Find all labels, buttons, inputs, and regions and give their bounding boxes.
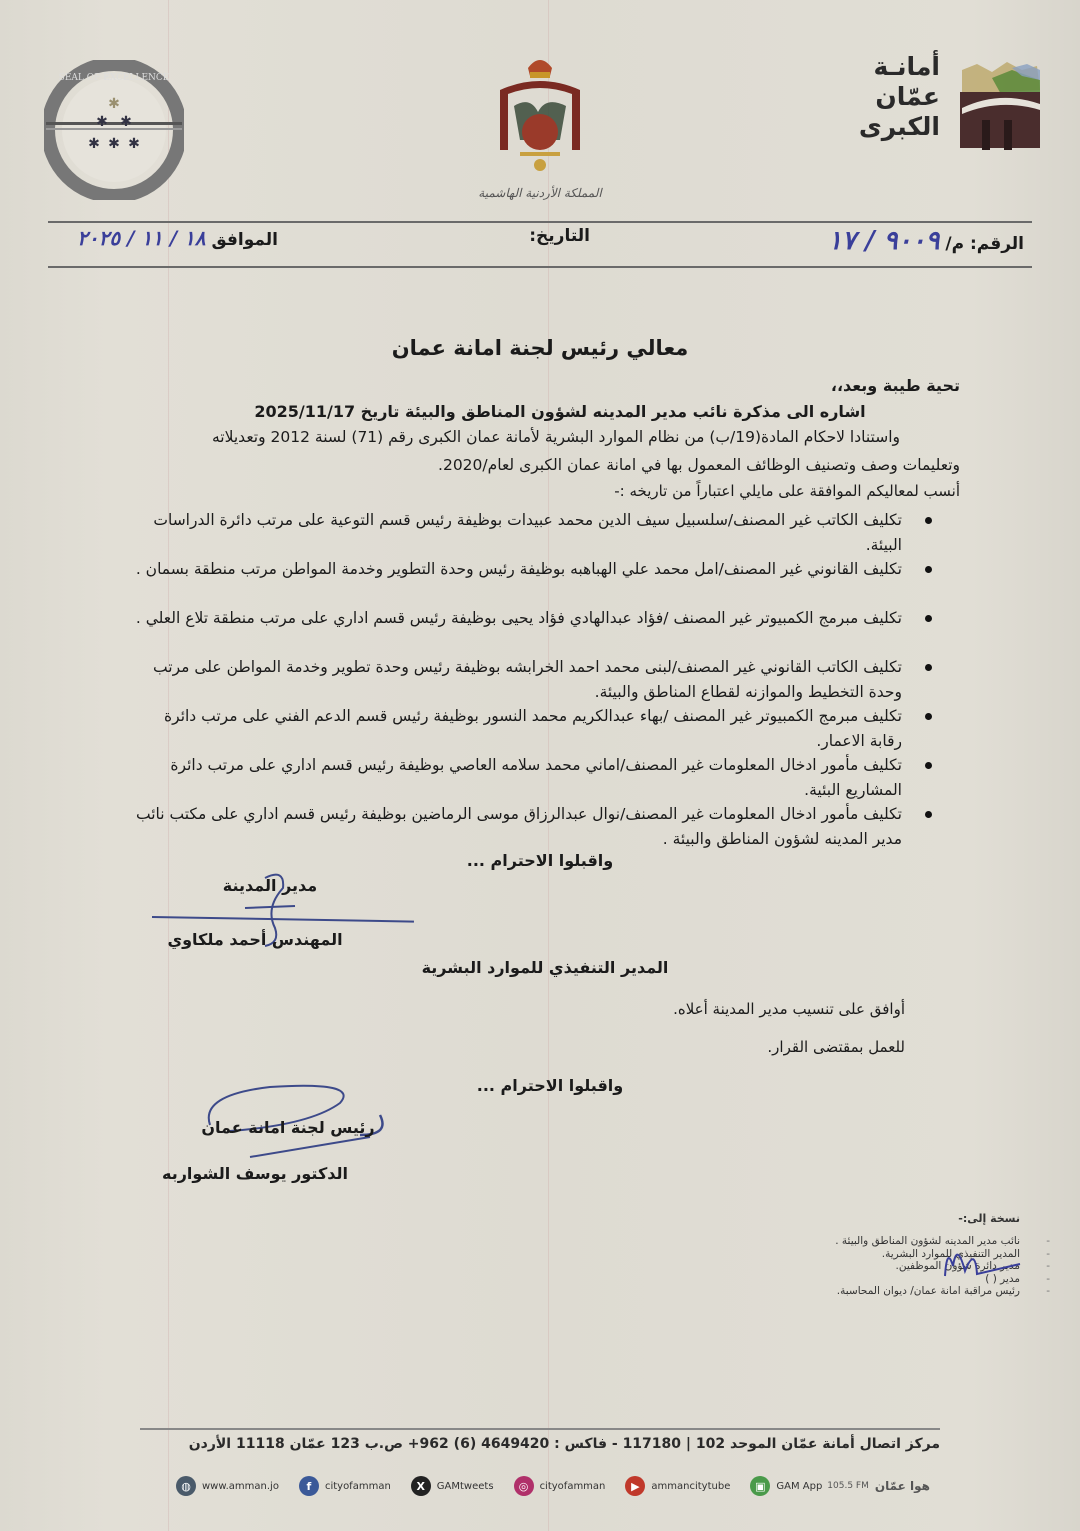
assignment-item: تكليف مأمور ادخال المعلومات غير المصنف/ا… [130, 753, 940, 802]
assignment-item: تكليف مأمور ادخال المعلومات غير المصنف/ن… [130, 802, 940, 851]
assignment-text: تكليف مأمور ادخال المعلومات غير المصنف/ا… [170, 756, 902, 799]
gam-logo-mark-icon [952, 60, 1042, 160]
approved-label: الموافق [211, 230, 278, 250]
bullet-icon [925, 517, 932, 524]
link-facebook[interactable]: f cityofamman [299, 1476, 391, 1496]
footer-rule [140, 1428, 940, 1430]
link-x[interactable]: X GAMtweets [411, 1476, 494, 1496]
assignment-item: تكليف القانوني غير المصنف/امل محمد علي ا… [130, 557, 940, 606]
logo-line-3: الكبرى [860, 112, 940, 142]
approval-line-1: أوافق على تنسيب مدير المدينة أعلاه. [500, 1000, 905, 1018]
cc-text: رئيس مراقبة امانة عمان/ ديوان المحاسبة. [837, 1285, 1020, 1297]
svg-text:✱: ✱ [108, 96, 120, 112]
social-label: cityofamman [540, 1481, 606, 1492]
radio-label: هوا عمّان [875, 1479, 930, 1493]
ref-label: الرقم: م/ [945, 234, 1024, 254]
bullet-icon [925, 811, 932, 818]
social-label: ammancitytube [651, 1481, 730, 1492]
assignment-text: تكليف القانوني غير المصنف/امل محمد علي ا… [136, 560, 902, 578]
svg-text:SEAL OF EXCELLENCE: SEAL OF EXCELLENCE [59, 73, 170, 83]
footer-address: مركز اتصال أمانة عمّان الموحد 102 | 1171… [140, 1436, 940, 1452]
x-icon: X [411, 1476, 431, 1496]
radio-frequency: 105.5 FM [827, 1481, 869, 1491]
assignment-text: تكليف مبرمج الكمبيوتر غير المصنف /بهاء ع… [164, 707, 902, 750]
svg-text:✱: ✱ [88, 136, 100, 152]
cc-item: -رئيس مراقبة امانة عمان/ ديوان المحاسبة. [690, 1285, 1020, 1298]
link-youtube[interactable]: ▶ ammancitytube [625, 1476, 730, 1496]
svg-text:✱: ✱ [108, 136, 120, 152]
signer-2-name: الدكتور يوسف الشواربه [140, 1164, 370, 1183]
date-label: التاريخ: [529, 226, 590, 246]
assignment-item: تكليف الكاتب القانوني غير المصنف/لبنى مح… [130, 655, 940, 704]
closing-1: واقبلوا الاحترام ... [430, 851, 650, 870]
assignment-item: تكليف مبرمج الكمبيوتر غير المصنف /فؤاد ع… [130, 606, 940, 655]
document-page: أمانـة عمّان الكبرى المملكة الأردنية اله… [0, 0, 1080, 1531]
basis-line-2: وتعليمات وصف وتصنيف الوظائف المعمول بها … [120, 456, 960, 474]
radio-badge: 105.5 FM هوا عمّان [827, 1474, 930, 1498]
approval-line-2: للعمل بمقتضى القرار. [500, 1038, 905, 1056]
reference-line: اشاره الى مذكرة نائب مدير المدينه لشؤون … [240, 402, 880, 421]
ref-number: الرقم: م/ ٩٠٠٩ / ١٧ [724, 226, 1024, 262]
request-line: أنسب لمعاليكم الموافقة على مايلي اعتبارا… [120, 482, 960, 500]
link-app[interactable]: ▣ GAM App [750, 1476, 822, 1496]
initials-signature-icon [935, 1236, 1025, 1286]
link-instagram[interactable]: ◎ cityofamman [514, 1476, 606, 1496]
greeting: تحية طيبة وبعد،، [120, 376, 960, 395]
svg-text:✱: ✱ [120, 114, 132, 130]
svg-text:✱: ✱ [128, 136, 140, 152]
closing-2: واقبلوا الاحترام ... [450, 1076, 650, 1095]
date-field: التاريخ: [490, 226, 590, 262]
header-rule-bottom [48, 266, 1032, 268]
assignment-item: تكليف الكاتب غير المصنف/سلسبيل سيف الدين… [130, 508, 940, 557]
assignment-text: تكليف الكاتب غير المصنف/سلسبيل سيف الدين… [153, 511, 902, 554]
recipient-title: معالي رئيس لجنة امانة عمان [120, 336, 960, 360]
social-links: ◍ www.amman.jo f cityofamman X GAMtweets… [176, 1474, 822, 1498]
logo-line-2: عمّان [860, 82, 940, 112]
jordan-emblem-icon [480, 50, 600, 180]
link-website[interactable]: ◍ www.amman.jo [176, 1476, 279, 1496]
facebook-icon: f [299, 1476, 319, 1496]
hr-director-title: المدير التنفيذي للموارد البشرية [410, 958, 680, 977]
signer-1-name: المهندس أحمد ملكاوي [150, 930, 360, 949]
cc-title: نسخة إلى:- [690, 1212, 1020, 1225]
youtube-icon: ▶ [625, 1476, 645, 1496]
assignment-item: تكليف مبرمج الكمبيوتر غير المصنف /بهاء ع… [130, 704, 940, 753]
assignment-list: تكليف الكاتب غير المصنف/سلسبيل سيف الدين… [130, 508, 940, 851]
seal-of-excellence-icon: ✱ ✱ ✱ ✱ ✱ ✱ SEAL OF EXCELLENCE [44, 60, 184, 200]
approved-value: ١٨ / ١١ / ٢٠٢٥ [77, 226, 205, 250]
header-rule-top [48, 221, 1032, 223]
svg-text:✱: ✱ [96, 114, 108, 130]
instagram-icon: ◎ [514, 1476, 534, 1496]
logo-line-1: أمانـة [860, 52, 940, 82]
social-label: GAMtweets [437, 1481, 494, 1492]
bullet-icon [925, 713, 932, 720]
assignment-text: تكليف الكاتب القانوني غير المصنف/لبنى مح… [153, 658, 902, 701]
ref-value: ٩٠٠٩ / ١٧ [828, 226, 939, 256]
globe-icon: ◍ [176, 1476, 196, 1496]
bullet-icon [925, 664, 932, 671]
bullet-icon [925, 615, 932, 622]
social-label: www.amman.jo [202, 1481, 279, 1492]
kingdom-caption: المملكة الأردنية الهاشمية [460, 186, 620, 200]
gam-logo: أمانـة عمّان الكبرى [860, 52, 1060, 192]
bullet-icon [925, 762, 932, 769]
signer-2-title: رئيس لجنة امانة عمان [198, 1118, 378, 1137]
assignment-text: تكليف مبرمج الكمبيوتر غير المصنف /فؤاد ع… [136, 609, 902, 627]
excellence-seal: ✱ ✱ ✱ ✱ ✱ ✱ SEAL OF EXCELLENCE [44, 60, 184, 200]
basis-line-1: واستنادا لاحكام المادة(19/ب) من نظام الم… [130, 428, 900, 446]
social-label: cityofamman [325, 1481, 391, 1492]
app-icon: ▣ [750, 1476, 770, 1496]
approved-date: الموافق ١٨ / ١١ / ٢٠٢٥ [28, 226, 278, 262]
gam-logo-text: أمانـة عمّان الكبرى [860, 52, 940, 142]
assignment-text: تكليف مأمور ادخال المعلومات غير المصنف/ن… [136, 805, 902, 848]
bullet-icon [925, 566, 932, 573]
social-label: GAM App [776, 1481, 822, 1492]
